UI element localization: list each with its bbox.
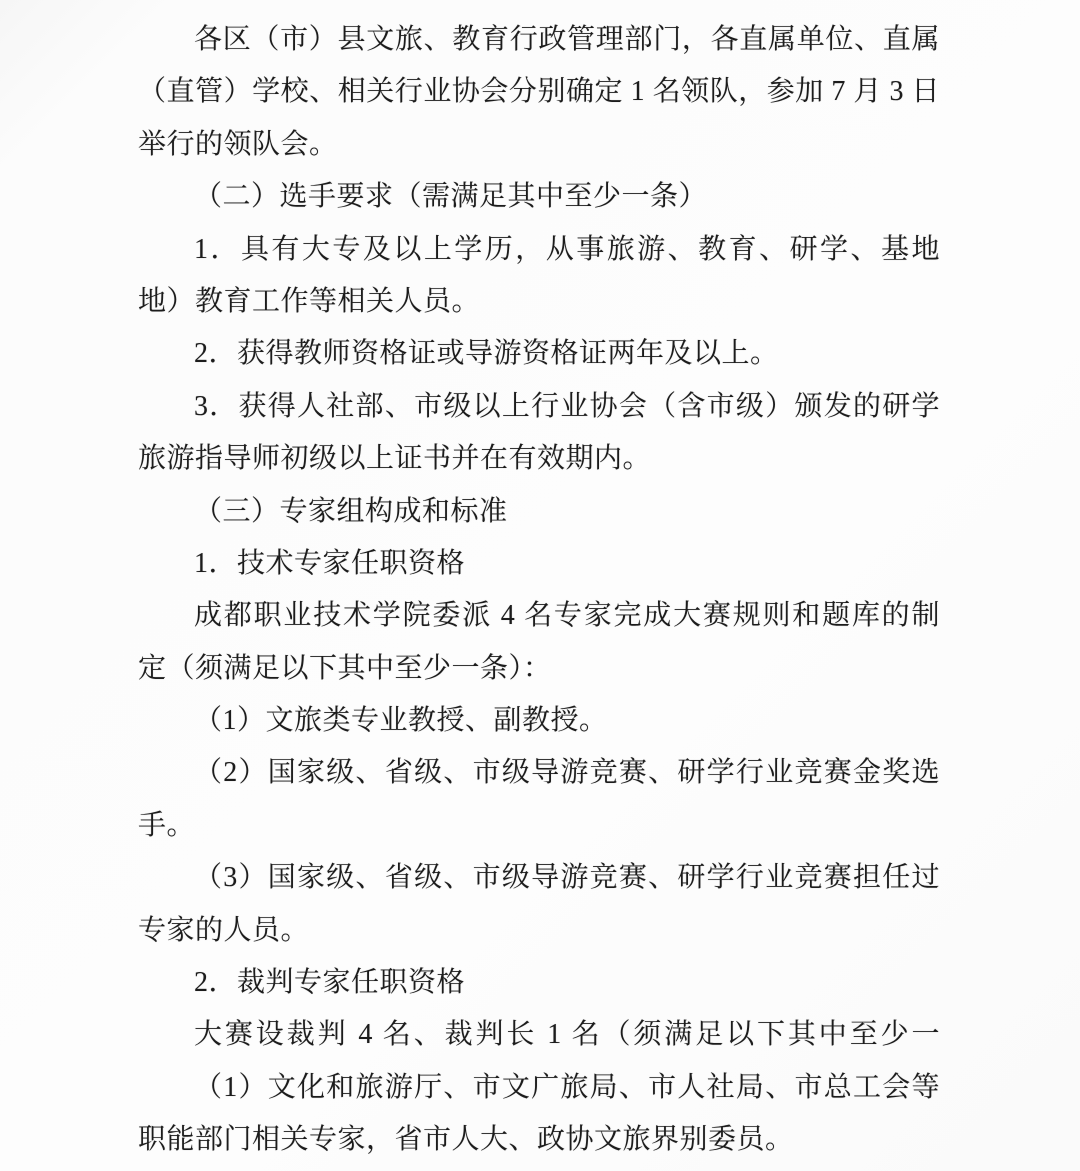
text-line: 专家的人员。 [138,905,940,957]
text-line: 旅游指导师初级以上证书并在有效期内。 [138,433,940,485]
text-line: 成都职业技术学院委派 4 名专家完成大赛规则和题库的制 [138,590,940,642]
text-line: （1）文旅类专业教授、副教授。 [138,695,940,747]
text-line: 手。 [138,800,940,852]
text-line: （直管）学校、相关行业协会分别确定 1 名领队，参加 7 月 3 日 [138,66,940,118]
text-line: 地）教育工作等相关人员。 [138,276,940,328]
text-line: （三）专家组构成和标准 [138,486,940,538]
text-line: 2．裁判专家任职资格 [138,957,940,1009]
text-line: （3）国家级、省级、市级导游竞赛、研学行业竞赛担任过 [138,852,940,904]
text-line: 1．具有大专及以上学历，从事旅游、教育、研学、基地（营 [138,224,940,276]
text-line: （二）选手要求（需满足其中至少一条） [138,171,940,223]
text-line: 举行的领队会。 [138,119,940,171]
document-page: 各区（市）县文旅、教育行政管理部门，各直属单位、直属（直管）学校、相关行业协会分… [0,0,1080,1171]
document-text-block: 各区（市）县文旅、教育行政管理部门，各直属单位、直属（直管）学校、相关行业协会分… [138,14,940,1167]
text-line: 各区（市）县文旅、教育行政管理部门，各直属单位、直属 [138,14,940,66]
text-line: （2）国家级、省级、市级导游竞赛、研学行业竞赛金奖选 [138,747,940,799]
text-line: 1．技术专家任职资格 [138,538,940,590]
text-line: 定（须满足以下其中至少一条）： [138,643,940,695]
text-line: 职能部门相关专家，省市人大、政协文旅界别委员。 [138,1114,940,1166]
text-line: （1）文化和旅游厅、市文广旅局、市人社局、市总工会等 [138,1062,940,1114]
text-line: 3．获得人社部、市级以上行业协会（含市级）颁发的研学 [138,381,940,433]
text-line: 大赛设裁判 4 名、裁判长 1 名（须满足以下其中至少一条）： [138,1009,940,1061]
text-line: 2．获得教师资格证或导游资格证两年及以上。 [138,328,940,380]
